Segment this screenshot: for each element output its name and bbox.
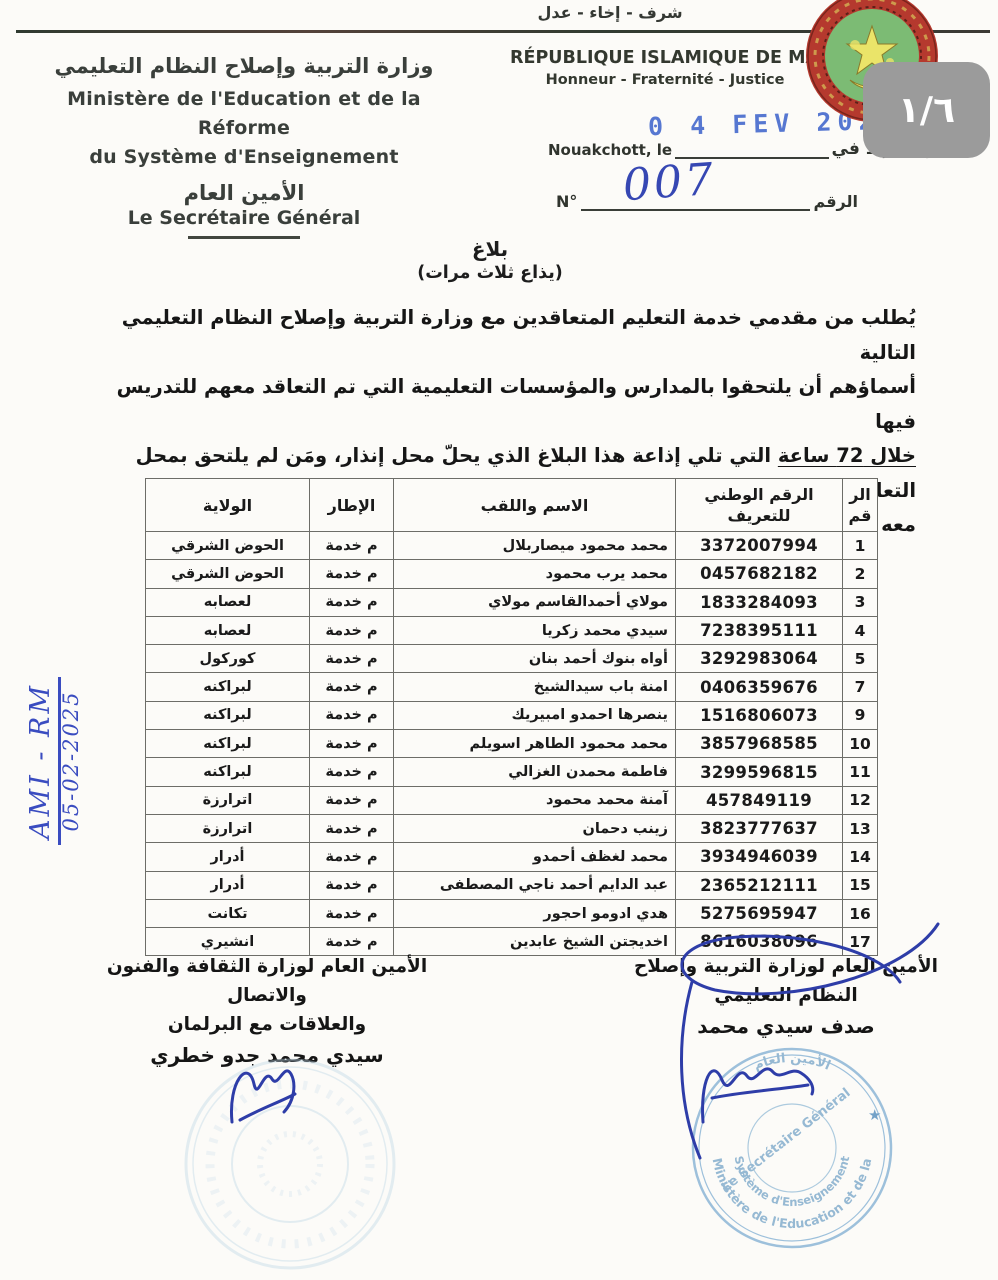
cell-cadre: م خدمة: [310, 758, 394, 786]
cell-num: 11: [843, 758, 878, 786]
cell-id: 2365212111: [676, 871, 843, 899]
cell-name: امنة باب سيدالشيخ: [394, 673, 676, 701]
table-row: 143934946039محمد لغظف أحمدوم خدمةأدرار: [146, 843, 878, 871]
cell-name: آمنة محمد محمود: [394, 786, 676, 814]
cell-id: 3372007994: [676, 532, 843, 560]
cell-num: 1: [843, 532, 878, 560]
cell-name: محمد محمود الطاهر اسويلم: [394, 730, 676, 758]
table-row: 13372007994محمد محمود ميصاربلالم خدمةالح…: [146, 532, 878, 560]
cell-name: عبد الدايم أحمد ناجي المصطفى: [394, 871, 676, 899]
margin-note-code: AMI - RM: [25, 677, 61, 845]
table-row: 12457849119آمنة محمد محمودم خدمةاترارزة: [146, 786, 878, 814]
secretary-underline: [188, 236, 300, 239]
cell-cadre: م خدمة: [310, 588, 394, 616]
table-header-row: الر قم الرقم الوطني للتعريف الاسم واللقب…: [146, 479, 878, 532]
notice-subtitle: (يذاع ثلاث مرات): [290, 263, 690, 283]
signer-title-line-2: والعلاقات مع البرلمان: [64, 1010, 470, 1039]
signer-title-line-2: النظام التعليمي: [600, 981, 972, 1010]
table-row: 53292983064أواه بنوك أحمد بنانم خدمةكورك…: [146, 645, 878, 673]
cell-name: محمد لغظف أحمدو: [394, 843, 676, 871]
secretary-general-arabic: الأمين العام: [28, 181, 460, 205]
cell-wilaya: لبراكنه: [146, 673, 310, 701]
notice-title: بلاغ: [290, 237, 690, 261]
cell-id: 3292983064: [676, 645, 843, 673]
ministry-name-french-2: du Système d'Enseignement: [28, 143, 460, 172]
cell-name: هدي ادومو احجور: [394, 899, 676, 927]
cell-cadre: م خدمة: [310, 645, 394, 673]
header-name: الاسم واللقب: [394, 479, 676, 532]
cell-num: 12: [843, 786, 878, 814]
document-page: شرف - إخاء - عدل ١/٦ وزارة التربية وإصلا…: [0, 0, 998, 1280]
cell-cadre: م خدمة: [310, 560, 394, 588]
signer-title-line-1: الأمين العام لوزارة الثقافة والفنون والا…: [64, 952, 470, 1010]
cell-id: 457849119: [676, 786, 843, 814]
cell-id: 0406359676: [676, 673, 843, 701]
cell-name: زينب دحمان: [394, 814, 676, 842]
number-label-arabic: الرقم: [814, 192, 858, 211]
cell-name: محمد محمود ميصاربلال: [394, 532, 676, 560]
cell-name: سيدي محمد زكريا: [394, 616, 676, 644]
cell-num: 13: [843, 814, 878, 842]
signature-block-education: الأمين العام لوزارة التربية وإصلاح النظا…: [600, 952, 972, 1042]
reference-number-line: N° 007 الرقم: [556, 192, 858, 211]
national-motto-arabic: شرف - إخاء - عدل: [430, 3, 790, 22]
body-line-1: يُطلب من مقدمي خدمة التعليم المتعاقدين م…: [90, 301, 916, 370]
page-number-badge: ١/٦: [863, 62, 990, 158]
cell-cadre: م خدمة: [310, 701, 394, 729]
cell-wilaya: أدرار: [146, 843, 310, 871]
cell-id: 1516806073: [676, 701, 843, 729]
header-number: الر قم: [843, 479, 878, 532]
body-line-2: أسماؤهم أن يلتحقوا بالمدارس والمؤسسات ال…: [90, 370, 916, 439]
ministry-name-arabic: وزارة التربية وإصلاح النظام التعليمي: [28, 54, 460, 78]
table-row: 113299596815فاطمة محمدن الغزاليم خدمةلبر…: [146, 758, 878, 786]
cell-cadre: م خدمة: [310, 786, 394, 814]
header-wilaya: الولاية: [146, 479, 310, 532]
cell-name: محمد يرب محمود: [394, 560, 676, 588]
cell-num: 14: [843, 843, 878, 871]
cell-wilaya: اترارزة: [146, 814, 310, 842]
cell-cadre: م خدمة: [310, 899, 394, 927]
stamp-star-icon: ★: [868, 1106, 881, 1124]
cell-cadre: م خدمة: [310, 730, 394, 758]
teachers-table: الر قم الرقم الوطني للتعريف الاسم واللقب…: [145, 478, 877, 956]
cell-cadre: م خدمة: [310, 814, 394, 842]
cell-cadre: م خدمة: [310, 532, 394, 560]
cell-num: 5: [843, 645, 878, 673]
cell-wilaya: كوركول: [146, 645, 310, 673]
place-label-french: Nouakchott, le: [548, 141, 672, 159]
cell-name: مولاي أحمدالقاسم مولاي: [394, 588, 676, 616]
cell-num: 4: [843, 616, 878, 644]
margin-note-date: 05-02-2025: [59, 621, 83, 901]
cell-wilaya: لبراكنه: [146, 758, 310, 786]
cell-wilaya: الحوض الشرقي: [146, 532, 310, 560]
cell-cadre: م خدمة: [310, 843, 394, 871]
cell-num: 7: [843, 673, 878, 701]
table-row: 31833284093مولاي أحمدالقاسم مولايم خدمةل…: [146, 588, 878, 616]
table-row: 152365212111عبد الدايم أحمد ناجي المصطفى…: [146, 871, 878, 899]
letterhead-left: وزارة التربية وإصلاح النظام التعليمي Min…: [28, 54, 460, 239]
cell-id: 3823777637: [676, 814, 843, 842]
cell-id: 0457682182: [676, 560, 843, 588]
header-national-id: الرقم الوطني للتعريف: [676, 479, 843, 532]
table-row: 20457682182محمد يرب محمودم خدمةالحوض الش…: [146, 560, 878, 588]
cell-id: 7238395111: [676, 616, 843, 644]
cell-wilaya: لبراكنه: [146, 730, 310, 758]
table-row: 133823777637زينب دحمانم خدمةاترارزة: [146, 814, 878, 842]
table-row: 70406359676امنة باب سيدالشيخم خدمةلبراكن…: [146, 673, 878, 701]
table-row: 91516806073ينصرها احمدو امبيريكم خدمةلبر…: [146, 701, 878, 729]
cell-cadre: م خدمة: [310, 616, 394, 644]
cell-wilaya: اترارزة: [146, 786, 310, 814]
cell-wilaya: أدرار: [146, 871, 310, 899]
cell-wilaya: لعصابه: [146, 616, 310, 644]
signer-title-line-1: الأمين العام لوزارة التربية وإصلاح: [600, 952, 972, 981]
cell-id: 5275695947: [676, 899, 843, 927]
number-blank-line: 007: [581, 193, 809, 211]
table-row: 103857968585محمد محمود الطاهر اسويلمم خد…: [146, 730, 878, 758]
cell-num: 9: [843, 701, 878, 729]
ministry-name-french-1: Ministère de l'Education et de la Réform…: [28, 85, 460, 143]
cell-name: فاطمة محمدن الغزالي: [394, 758, 676, 786]
cell-id: 3299596815: [676, 758, 843, 786]
cell-name: ينصرها احمدو امبيريك: [394, 701, 676, 729]
cell-cadre: م خدمة: [310, 871, 394, 899]
table-row: 165275695947هدي ادومو احجورم خدمةتكانت: [146, 899, 878, 927]
cell-wilaya: لعصابه: [146, 588, 310, 616]
secretary-general-stamp: الأمين العام Ministère de l'Education et…: [682, 1038, 902, 1258]
cell-num: 10: [843, 730, 878, 758]
cell-num: 15: [843, 871, 878, 899]
cell-id: 3934946039: [676, 843, 843, 871]
handwritten-margin-note: AMI - RM 05-02-2025: [25, 621, 83, 901]
cell-cadre: م خدمة: [310, 673, 394, 701]
table-row: 47238395111سيدي محمد زكريام خدمةلعصابه: [146, 616, 878, 644]
round-stamp-faint: [178, 1052, 402, 1276]
cell-num: 3: [843, 588, 878, 616]
cell-name: أواه بنوك أحمد بنان: [394, 645, 676, 673]
cell-num: 16: [843, 899, 878, 927]
body-line-3-underlined: خلال 72 ساعة: [778, 444, 916, 467]
cell-id: 1833284093: [676, 588, 843, 616]
secretary-general-french: Le Secrétaire Général: [28, 207, 460, 229]
cell-wilaya: لبراكنه: [146, 701, 310, 729]
cell-wilaya: الحوض الشرقي: [146, 560, 310, 588]
handwritten-reference-number: 007: [622, 154, 718, 211]
cell-id: 3857968585: [676, 730, 843, 758]
number-label-french: N°: [556, 192, 577, 211]
cell-num: 2: [843, 560, 878, 588]
header-cadre: الإطار: [310, 479, 394, 532]
cell-wilaya: تكانت: [146, 899, 310, 927]
